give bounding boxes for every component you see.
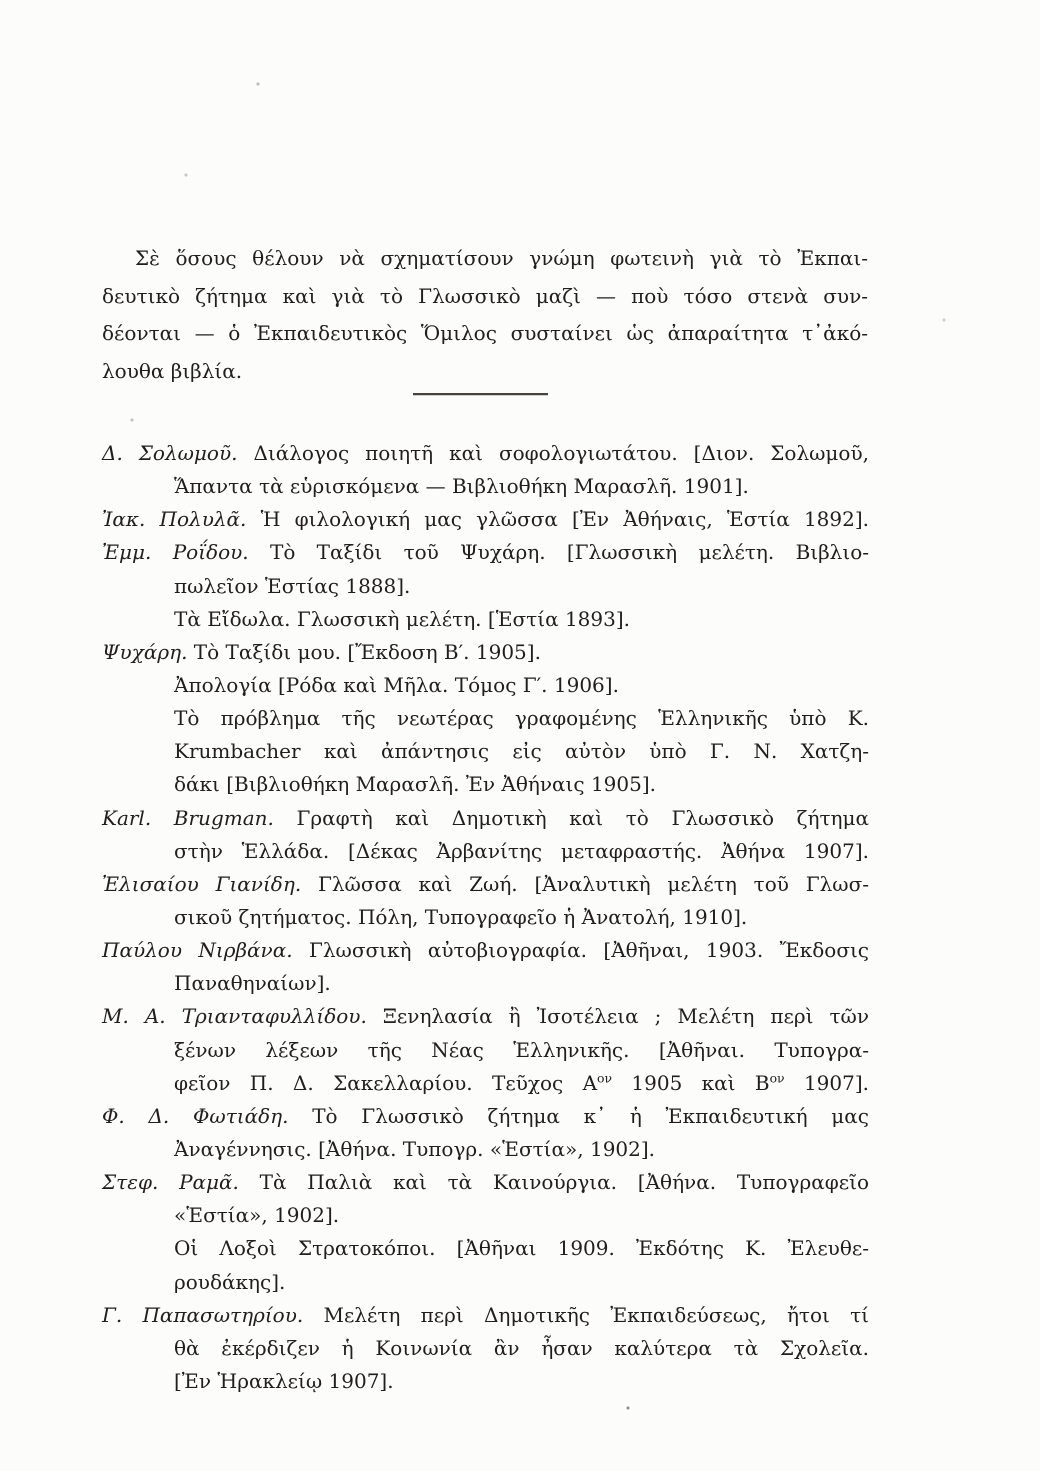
bibliography-line: Ἐμμ. Ροΐδου. Τὸ Ταξίδι τοῦ Ψυχάρη. [Γλωσ… bbox=[102, 536, 869, 569]
bibliography-line: Γ. Παπασωτηρίου. Μελέτη περὶ Δημοτικῆς Ἐ… bbox=[102, 1299, 869, 1332]
bibliography-line: Ἅπαντα τὰ εὑρισκόμενα — Βιβλιοθήκη Μαρασ… bbox=[102, 470, 869, 503]
line-text: Γλωσσικὴ αὐτοβιογραφία. [Ἀθῆναι, 1903. Ἔ… bbox=[293, 938, 869, 962]
line-text: ξένων λέξεων τῆς Νέας Ἑλληνικῆς. [Ἀθῆναι… bbox=[174, 1038, 869, 1062]
bibliography-line: Krumbacher καὶ ἀπάντησις εἰς αὐτὸν ὑπὸ Γ… bbox=[102, 735, 869, 768]
line-text: Σὲ ὅσους θέλουν νὰ σχηματίσουν γνώμη φωτ… bbox=[135, 246, 868, 270]
line-text: ρουδάκης]. bbox=[174, 1270, 285, 1294]
bibliography-line: Στεφ. Ραμᾶ. Τὰ Παλιὰ καὶ τὰ Καινούργια. … bbox=[102, 1166, 869, 1199]
bibliography-line: σικοῦ ζητήματος. Πόλη, Τυπογραφεῖο ἡ Ἀνα… bbox=[102, 901, 869, 934]
line-text: Ἀναγέννησις. [Ἀθήνα. Τυπογρ. «Ἑστία», 19… bbox=[174, 1137, 655, 1161]
bibliography-line: Ἐλισαίου Γιανίδη. Γλῶσσα καὶ Ζωή. [Ἀναλυ… bbox=[102, 868, 869, 901]
bibliography-line: δάκι [Βιβλιοθήκη Μαρασλῆ. Ἐν Ἀθήναις 190… bbox=[102, 768, 869, 801]
bibliography-line: ξένων λέξεων τῆς Νέας Ἑλληνικῆς. [Ἀθῆναι… bbox=[102, 1034, 869, 1067]
section-divider-rule bbox=[413, 393, 548, 395]
bibliography-line: θὰ ἐκέρδιζεν ἡ Κοινωνία ἂν ἦσαν καλύτερα… bbox=[102, 1332, 869, 1365]
bibliography-line: Παύλου Νιρβάνα. Γλωσσικὴ αὐτοβιογραφία. … bbox=[102, 934, 869, 967]
line-text: Διάλογος ποιητῆ καὶ σοφολογιωτάτου. [Διο… bbox=[237, 441, 869, 465]
line-text: στὴν Ἑλλάδα. [Δέκας Ἀρβανίτης μεταφραστή… bbox=[174, 839, 869, 863]
line-text: Παναθηναίων]. bbox=[174, 971, 331, 995]
line-text: Τὰ Εἴδωλα. Γλωσσικὴ μελέτη. [Ἑστία 1893]… bbox=[174, 607, 630, 631]
line-text: Τὸ Ταξίδι τοῦ Ψυχάρη. [Γλωσσικὴ μελέτη. … bbox=[249, 540, 869, 564]
author-name: Ἐμμ. Ροΐδου. bbox=[102, 540, 249, 564]
line-text: [Ἐν Ἡρακλείῳ 1907]. bbox=[174, 1369, 394, 1393]
intro-line: λουθα βιβλία. bbox=[102, 353, 868, 391]
bibliography-line: Ἀναγέννησις. [Ἀθήνα. Τυπογρ. «Ἑστία», 19… bbox=[102, 1133, 869, 1166]
intro-paragraph: Σὲ ὅσους θέλουν νὰ σχηματίσουν γνώμη φωτ… bbox=[102, 240, 868, 390]
bibliography-line: ρουδάκης]. bbox=[102, 1266, 869, 1299]
line-text: δέονται — ὁ Ἐκπαιδευτικὸς Ὅμιλος συσταίν… bbox=[102, 321, 868, 345]
line-text: Τὰ Παλιὰ καὶ τὰ Καινούργια. [Ἀθήνα. Τυπο… bbox=[239, 1170, 869, 1194]
bibliography-line: Φ. Δ. Φωτιάδη. Τὸ Γλωσσικὸ ζήτημα κ᾽ ἡ Ἐ… bbox=[102, 1100, 869, 1133]
bibliography-line: Παναθηναίων]. bbox=[102, 967, 869, 1000]
scanned-book-page: Σὲ ὅσους θέλουν νὰ σχηματίσουν γνώμη φωτ… bbox=[0, 0, 1040, 1471]
bibliography-line: Ἀπολογία [Ρόδα καὶ Μῆλα. Τόμος Γ′. 1906]… bbox=[102, 669, 869, 702]
bibliography-line: Ἰακ. Πολυλᾶ. Ἡ φιλολογική μας γλῶσσα [Ἐν… bbox=[102, 503, 869, 536]
bibliography-line: Karl. Brugman. Γραφτὴ καὶ Δημοτικὴ καὶ τ… bbox=[102, 802, 869, 835]
intro-line: Σὲ ὅσους θέλουν νὰ σχηματίσουν γνώμη φωτ… bbox=[102, 240, 868, 278]
line-text: φεῖον Π. Δ. Σακελλαρίου. Τεῦχος Α bbox=[174, 1071, 597, 1095]
line-text: Krumbacher καὶ ἀπάντησις εἰς αὐτὸν ὑπὸ Γ… bbox=[174, 739, 869, 763]
author-name: Karl. Brugman. bbox=[102, 806, 274, 830]
line-text: 1905 καὶ Β bbox=[612, 1071, 770, 1095]
line-text: Ξενηλασία ἢ Ἰσοτέλεια ; Μελέτη περὶ τῶν bbox=[367, 1004, 869, 1028]
author-name: Φ. Δ. Φωτιάδη. bbox=[102, 1104, 288, 1128]
line-text: Τὸ Ταξίδι μου. [Ἔκδοση Β′. 1905]. bbox=[187, 640, 541, 664]
bibliography-line: [Ἐν Ἡρακλείῳ 1907]. bbox=[102, 1365, 869, 1398]
line-text: Ἅπαντα τὰ εὑρισκόμενα — Βιβλιοθήκη Μαρασ… bbox=[174, 474, 749, 498]
line-text: 1907]. bbox=[785, 1071, 869, 1095]
bibliography-line: Τὸ πρόβλημα τῆς νεωτέρας γραφομένης Ἑλλη… bbox=[102, 702, 869, 735]
line-text: πωλεῖον Ἑστίας 1888]. bbox=[174, 574, 410, 598]
superscript-text: ον bbox=[597, 1070, 612, 1085]
author-name: Μ. Α. Τριανταφυλλίδου. bbox=[102, 1004, 367, 1028]
line-text: θὰ ἐκέρδιζεν ἡ Κοινωνία ἂν ἦσαν καλύτερα… bbox=[174, 1336, 869, 1360]
line-text: Μελέτη περὶ Δημοτικῆς Ἐκπαιδεύσεως, ἤτοι… bbox=[303, 1303, 869, 1327]
bibliography-line: Οἱ Λοξοὶ Στρατοκόποι. [Ἀθῆναι 1909. Ἐκδό… bbox=[102, 1232, 869, 1265]
line-text: Ἀπολογία [Ρόδα καὶ Μῆλα. Τόμος Γ′. 1906]… bbox=[174, 673, 619, 697]
bibliography-line: Μ. Α. Τριανταφυλλίδου. Ξενηλασία ἢ Ἰσοτέ… bbox=[102, 1000, 869, 1033]
superscript-text: ον bbox=[770, 1070, 785, 1085]
bibliography-line: «Ἑστία», 1902]. bbox=[102, 1199, 869, 1232]
line-text: δάκι [Βιβλιοθήκη Μαρασλῆ. Ἐν Ἀθήναις 190… bbox=[174, 772, 656, 796]
line-text: Οἱ Λοξοὶ Στρατοκόποι. [Ἀθῆναι 1909. Ἐκδό… bbox=[174, 1236, 869, 1260]
bibliography-line: φεῖον Π. Δ. Σακελλαρίου. Τεῦχος Αον 1905… bbox=[102, 1067, 869, 1100]
author-name: Στεφ. Ραμᾶ. bbox=[102, 1170, 239, 1194]
author-name: Ψυχάρη. bbox=[102, 640, 187, 664]
line-text: Γλῶσσα καὶ Ζωή. [Ἀναλυτικὴ μελέτη τοῦ Γλ… bbox=[301, 872, 869, 896]
line-text: Ἡ φιλολογική μας γλῶσσα [Ἐν Ἀθήναις, Ἑστ… bbox=[246, 507, 869, 531]
author-name: Ἰακ. Πολυλᾶ. bbox=[102, 507, 246, 531]
author-name: Ἐλισαίου Γιανίδη. bbox=[102, 872, 301, 896]
author-name: Γ. Παπασωτηρίου. bbox=[102, 1303, 303, 1327]
line-text: «Ἑστία», 1902]. bbox=[174, 1203, 339, 1227]
bibliography-line: Δ. Σολωμοῦ. Διάλογος ποιητῆ καὶ σοφολογι… bbox=[102, 437, 869, 470]
bibliography-list: Δ. Σολωμοῦ. Διάλογος ποιητῆ καὶ σοφολογι… bbox=[102, 437, 869, 1398]
line-text: Τὸ Γλωσσικὸ ζήτημα κ᾽ ἡ Ἐκπαιδευτική μας bbox=[288, 1104, 869, 1128]
bibliography-line: στὴν Ἑλλάδα. [Δέκας Ἀρβανίτης μεταφραστή… bbox=[102, 835, 869, 868]
line-text: Γραφτὴ καὶ Δημοτικὴ καὶ τὸ Γλωσσικὸ ζήτη… bbox=[274, 806, 869, 830]
bibliography-line: Ψυχάρη. Τὸ Ταξίδι μου. [Ἔκδοση Β′. 1905]… bbox=[102, 636, 869, 669]
bibliography-line: πωλεῖον Ἑστίας 1888]. bbox=[102, 570, 869, 603]
author-name: Δ. Σολωμοῦ. bbox=[102, 441, 237, 465]
bibliography-line: Τὰ Εἴδωλα. Γλωσσικὴ μελέτη. [Ἑστία 1893]… bbox=[102, 603, 869, 636]
intro-line: δευτικὸ ζήτημα καὶ γιὰ τὸ Γλωσσικὸ μαζὶ … bbox=[102, 278, 868, 316]
line-text: δευτικὸ ζήτημα καὶ γιὰ τὸ Γλωσσικὸ μαζὶ … bbox=[102, 284, 868, 308]
line-text: Τὸ πρόβλημα τῆς νεωτέρας γραφομένης Ἑλλη… bbox=[174, 706, 869, 730]
intro-line: δέονται — ὁ Ἐκπαιδευτικὸς Ὅμιλος συσταίν… bbox=[102, 315, 868, 353]
line-text: σικοῦ ζητήματος. Πόλη, Τυπογραφεῖο ἡ Ἀνα… bbox=[174, 905, 747, 929]
author-name: Παύλου Νιρβάνα. bbox=[102, 938, 293, 962]
line-text: λουθα βιβλία. bbox=[102, 359, 242, 383]
